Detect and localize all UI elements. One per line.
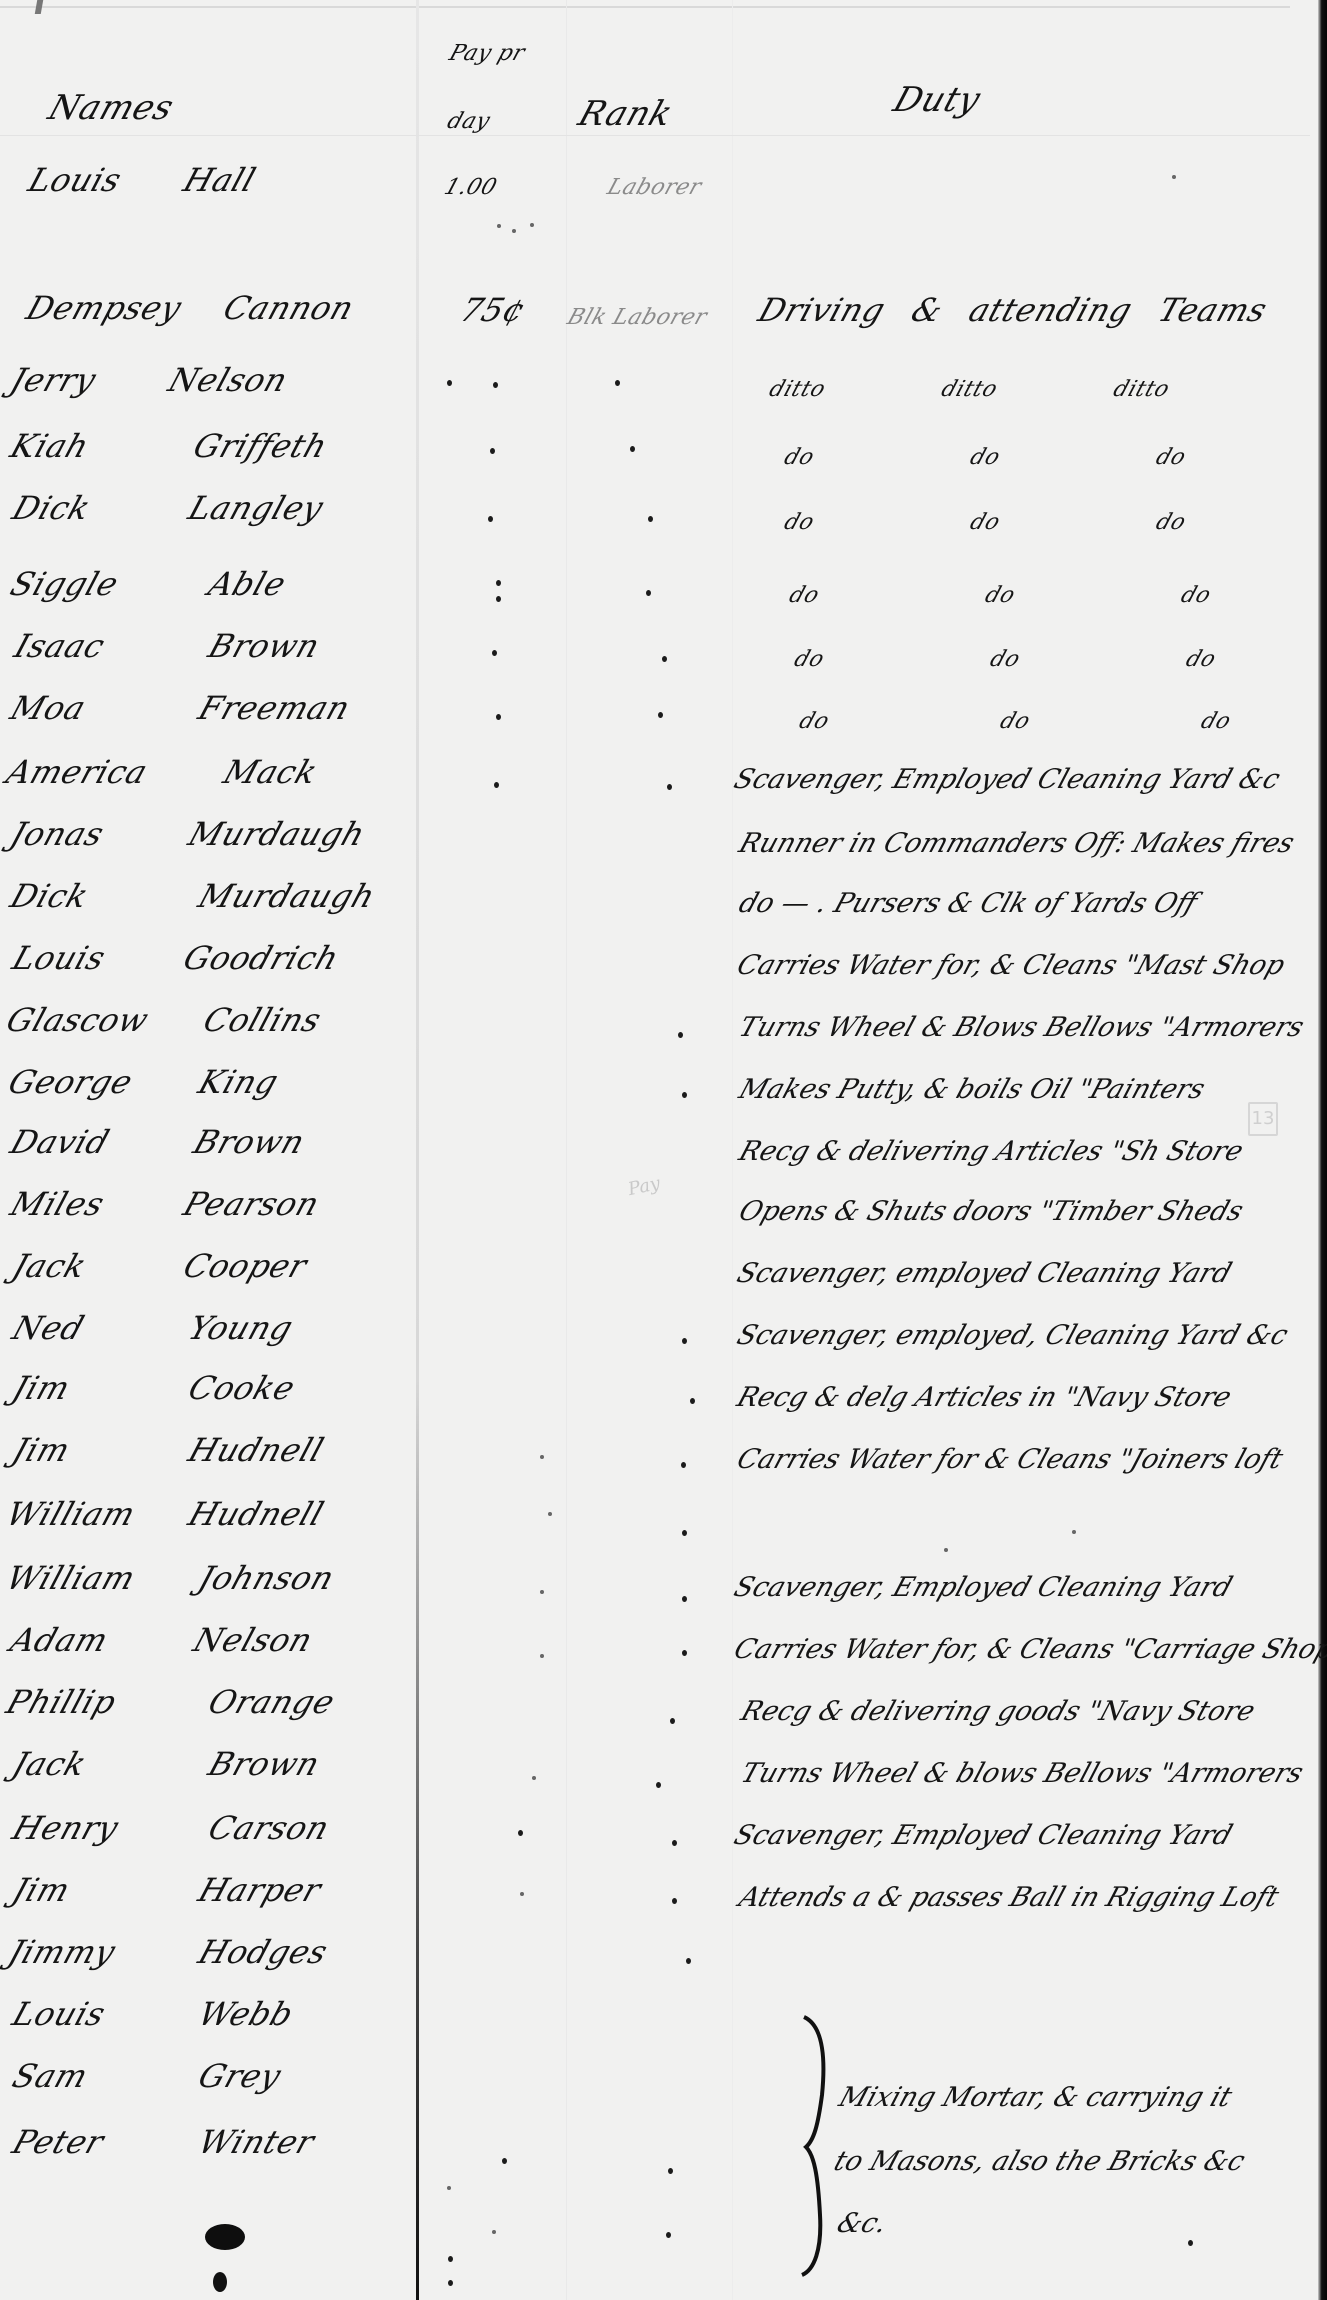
ink-blot <box>205 2224 245 2250</box>
first-name: Jim <box>8 1872 75 1908</box>
first-name: Jerry <box>6 362 101 398</box>
rank: Blk Laborer <box>562 300 712 336</box>
first-name: Kiah <box>6 428 94 464</box>
last-name: Young <box>184 1310 298 1346</box>
ditto-dot <box>530 223 534 227</box>
last-name: Hodges <box>194 1934 332 1970</box>
first-name: Phillip <box>2 1684 121 1720</box>
ditto-dot <box>615 380 620 386</box>
first-name: Louis <box>8 940 110 976</box>
ink-dot <box>1188 2240 1193 2246</box>
first-name: Siggle <box>6 566 123 602</box>
ditto-dot <box>672 1840 677 1846</box>
last-name: Nelson <box>164 362 292 398</box>
ditto-dot <box>944 1548 948 1552</box>
first-name: Ned <box>8 1310 89 1346</box>
header-duty: Duty <box>889 82 985 118</box>
bracket-duty-line1: Mixing Mortar, & carrying it <box>834 2080 1236 2116</box>
duty: Attends a & passes Ball in Rigging Loft <box>734 1880 1283 1916</box>
first-name: William <box>2 1496 140 1532</box>
ditto-dot <box>496 596 501 602</box>
duty: ditto ditto ditto <box>764 372 1174 408</box>
ditto-dot <box>496 714 501 720</box>
header-rule <box>0 135 1310 136</box>
duty: Recg & delg Articles in "Navy Store <box>732 1380 1236 1416</box>
last-name: King <box>194 1064 283 1100</box>
first-name: Moa <box>6 690 90 726</box>
header-rank: Rank <box>574 96 677 132</box>
ditto-dot <box>512 229 516 233</box>
pencil-note: Pay <box>626 1173 662 1200</box>
last-name: Brown <box>204 628 324 664</box>
ditto-dot <box>648 516 653 522</box>
header-pay-line1: Pay pr <box>444 36 530 72</box>
ditto-dot <box>494 782 499 788</box>
ditto-dot <box>532 1776 536 1780</box>
pay-column-rule <box>566 0 567 2300</box>
duty: Scavenger, employed, Cleaning Yard &c <box>732 1318 1292 1354</box>
ditto-dot <box>682 1092 687 1098</box>
names-column-rule <box>416 0 419 2300</box>
ditto-dot <box>672 1898 677 1904</box>
last-name: Griffeth <box>189 428 332 464</box>
duty: Turns Wheel & blows Bellows "Armorers <box>736 1756 1308 1792</box>
first-name: Sam <box>8 2058 93 2094</box>
bracket-duty-line3: &c. <box>832 2206 891 2242</box>
last-name: Murdaugh <box>194 878 380 914</box>
ditto-dot <box>520 1892 524 1896</box>
last-name: Brown <box>189 1124 309 1160</box>
ditto-dot <box>668 2168 673 2174</box>
first-name: Jim <box>8 1432 75 1468</box>
duty: Recg & delivering Articles "Sh Store <box>734 1134 1248 1170</box>
ditto-dot <box>540 1455 544 1459</box>
last-name: Harper <box>194 1872 326 1908</box>
last-name: Carson <box>204 1810 334 1846</box>
ditto-dot <box>686 1958 691 1964</box>
ditto-dot <box>666 2232 671 2238</box>
ditto-dot <box>656 1782 661 1788</box>
ditto-dot <box>682 1650 687 1656</box>
duty: do do do <box>789 642 1221 678</box>
duty: do do do <box>784 578 1216 614</box>
last-name: Grey <box>194 2058 286 2094</box>
ditto-dot <box>682 1530 687 1536</box>
ditto-dot <box>518 1830 523 1836</box>
ditto-dot <box>630 446 635 452</box>
ditto-dot <box>492 2230 496 2234</box>
first-name: Louis <box>8 1996 110 2032</box>
first-name: Miles <box>6 1186 109 1222</box>
last-name: Pearson <box>179 1186 324 1222</box>
ditto-dot <box>662 656 667 662</box>
duty: Driving & attending Teams <box>754 292 1272 328</box>
ditto-dot <box>681 1462 686 1468</box>
ditto-dot <box>667 784 672 790</box>
duty: Scavenger, Employed Cleaning Yard <box>729 1570 1237 1606</box>
last-name: Cannon <box>219 290 358 326</box>
ditto-dot <box>448 2256 453 2262</box>
last-name: Able <box>204 566 290 602</box>
duty: do do do <box>779 440 1191 476</box>
last-name: Orange <box>204 1684 339 1720</box>
duty: Carries Water for, & Cleans "Mast Shop <box>732 948 1289 984</box>
ditto-dot <box>448 2280 453 2286</box>
duty: Scavenger, Employed Cleaning Yard <box>729 1818 1237 1854</box>
first-name: Jimmy <box>4 1934 120 1970</box>
ink-blot <box>213 2272 227 2292</box>
ditto-dot <box>502 2158 507 2164</box>
last-name: Freeman <box>194 690 355 726</box>
first-name: Isaac <box>10 628 109 664</box>
duty: Runner in Commanders Off: Makes fires <box>734 826 1299 862</box>
last-name: Hall <box>179 162 260 198</box>
ink-mark <box>35 0 43 14</box>
first-name: George <box>4 1064 137 1100</box>
first-name: Henry <box>8 1810 123 1846</box>
ditto-dot <box>497 224 501 228</box>
top-rule <box>0 6 1290 8</box>
ditto-dot <box>493 382 498 388</box>
ditto-dot <box>447 2186 451 2190</box>
duty: Scavenger, Employed Cleaning Yard &c <box>729 762 1284 798</box>
duty: Carries Water for, & Cleans "Carriage Sh… <box>729 1632 1327 1668</box>
ditto-dot <box>488 516 493 522</box>
last-name: Langley <box>184 490 328 526</box>
pay: 75¢ <box>456 292 530 328</box>
ditto-dot <box>670 1718 675 1724</box>
duty: Carries Water for & Cleans "Joiners loft <box>732 1442 1287 1478</box>
first-name: America <box>2 754 152 790</box>
first-name: Dempsey <box>22 290 186 326</box>
duty: Scavenger, employed Cleaning Yard <box>732 1256 1236 1292</box>
ditto-dot <box>682 1338 687 1344</box>
ditto-dot <box>658 712 663 718</box>
first-name: Adam <box>6 1622 113 1658</box>
pay: 1.00 <box>439 170 502 206</box>
last-name: Winter <box>194 2124 319 2160</box>
first-name: Jim <box>8 1370 75 1406</box>
last-name: Webb <box>194 1996 298 2032</box>
rank: Laborer <box>602 170 706 206</box>
ditto-dot <box>540 1590 544 1594</box>
ditto-dot <box>682 1596 687 1602</box>
ditto-dot <box>646 590 651 596</box>
ditto-dot <box>1072 1530 1076 1534</box>
bracket-duty-line2: to Masons, also the Bricks &c <box>829 2144 1249 2180</box>
pencil-page-number: 13 <box>1248 1102 1278 1136</box>
ditto-dot <box>492 650 497 656</box>
duty: Opens & Shuts doors "Timber Sheds <box>734 1194 1248 1230</box>
first-name: Louis <box>24 162 126 198</box>
ledger-page: Names Pay pr day Rank Duty Louis Hall 1.… <box>0 0 1327 2300</box>
last-name: Goodrich <box>179 940 343 976</box>
first-name: Glascow <box>2 1002 153 1038</box>
duty: Recg & delivering goods "Navy Store <box>736 1694 1259 1730</box>
last-name: Hudnell <box>184 1432 328 1468</box>
last-name: Cooke <box>184 1370 300 1406</box>
first-name: Jack <box>8 1746 91 1782</box>
page-edge <box>1318 0 1327 2300</box>
duty: do do do <box>779 505 1191 541</box>
last-name: Johnson <box>194 1560 339 1596</box>
duty: do — . Pursers & Clk of Yards Off <box>734 886 1202 922</box>
last-name: Cooper <box>179 1248 311 1284</box>
ditto-dot <box>540 1654 544 1658</box>
last-name: Collins <box>199 1002 326 1038</box>
ditto-dot <box>490 448 495 454</box>
ditto-dot <box>447 380 452 386</box>
first-name: Jonas <box>6 816 108 852</box>
last-name: Mack <box>219 754 322 790</box>
first-name: Dick <box>6 878 93 914</box>
ditto-dot <box>678 1032 683 1038</box>
first-name: William <box>2 1560 140 1596</box>
duty: do do do <box>794 704 1236 740</box>
rank-column-rule <box>732 0 733 2300</box>
ditto-dot <box>690 1398 695 1404</box>
last-name: Hudnell <box>184 1496 328 1532</box>
first-name: David <box>6 1124 114 1160</box>
duty: Makes Putty, & boils Oil "Painters <box>734 1072 1209 1108</box>
first-name: Jack <box>8 1248 91 1284</box>
ditto-dot <box>496 580 501 586</box>
ditto-dot <box>548 1512 552 1516</box>
ink-dot <box>1172 175 1176 179</box>
first-name: Peter <box>8 2124 108 2160</box>
duty: Turns Wheel & Blows Bellows "Armorers <box>734 1010 1308 1046</box>
header-names: Names <box>44 90 178 126</box>
first-name: Dick <box>8 490 95 526</box>
last-name: Murdaugh <box>184 816 370 852</box>
last-name: Nelson <box>189 1622 317 1658</box>
curly-brace-icon <box>800 2015 834 2277</box>
last-name: Brown <box>204 1746 324 1782</box>
